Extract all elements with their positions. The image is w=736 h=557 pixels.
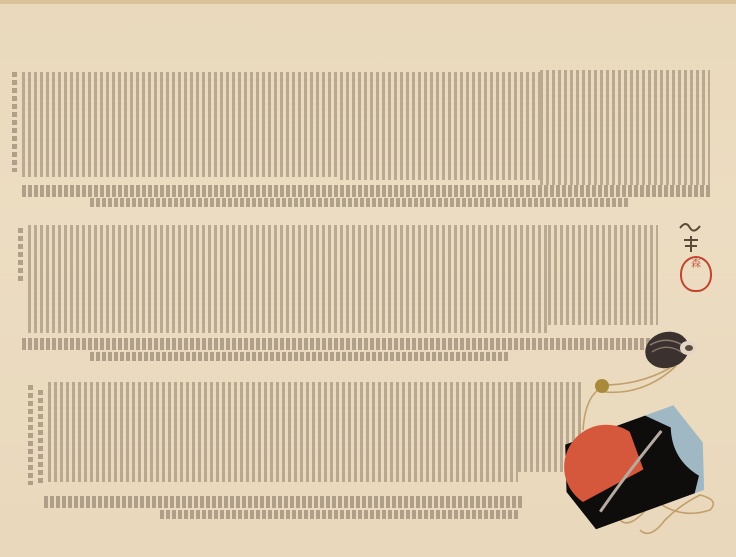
text-block [540, 70, 710, 185]
text-column [28, 385, 33, 485]
text-line [90, 198, 630, 207]
text-column [38, 390, 43, 485]
text-block [548, 225, 658, 325]
text-column [18, 228, 23, 283]
text-line [44, 496, 524, 508]
text-line [22, 185, 712, 197]
clam-shell-netsuke [641, 327, 696, 373]
print-sheet: 森 [0, 0, 736, 557]
text-block [22, 72, 340, 177]
artist-seal: 森 [680, 256, 712, 292]
artist-signature [676, 218, 706, 262]
text-block [340, 72, 540, 180]
text-line [160, 510, 520, 519]
text-block [48, 382, 518, 482]
text-line [90, 352, 510, 361]
text-block [28, 225, 548, 333]
ojime-bead [595, 379, 609, 393]
text-column [12, 72, 17, 172]
inro-illustration [560, 320, 736, 557]
